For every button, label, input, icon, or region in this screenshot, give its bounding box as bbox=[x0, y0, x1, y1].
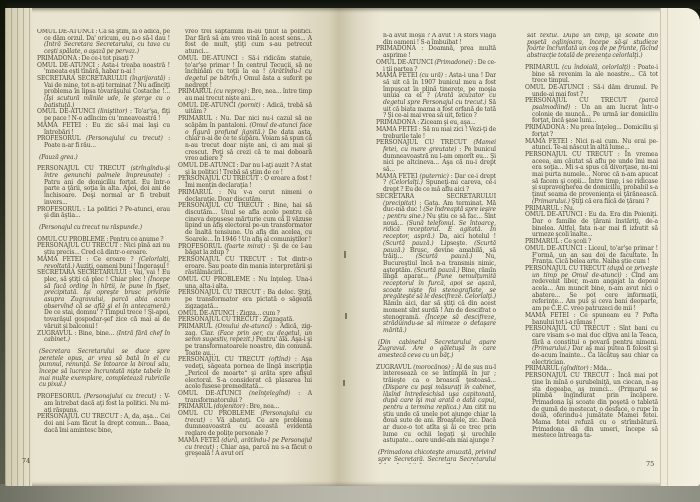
dialogue-paragraph: MAMA FETEI : Nici n-ai cum. Nu erai pe-a… bbox=[525, 139, 658, 152]
dialogue-paragraph: PERSONAJUL CU TRECUT : Încă mai pot ţine… bbox=[525, 373, 658, 440]
dialogue-paragraph: PERSONAJUL CU TRECUT : Bine, hai să disc… bbox=[178, 203, 312, 243]
dialogue-paragraph: PROFESORUL (Personajului cu trecut) : Po… bbox=[37, 136, 170, 149]
print-artifact bbox=[344, 251, 346, 258]
dialogue-paragraph: MAMA FETEI : Eu zic să-i mai laşi cu înt… bbox=[37, 123, 170, 136]
left-page-column-1: OMUL DE-ATUNCI : Ca să ştim, la o adică,… bbox=[37, 29, 170, 466]
stage-direction: (Secretara Secretarului se duce spre per… bbox=[37, 349, 170, 389]
open-book-spread: OMUL DE-ATUNCI : Ca să ştim, la o adică,… bbox=[5, 8, 700, 486]
dialogue-paragraph: PERSONAJUL CU TRECUT : Sînt bani cu care… bbox=[525, 326, 658, 366]
dialogue-paragraph: PERSONAJUL CU TRECUT (parcă psalmodiind)… bbox=[525, 98, 658, 125]
stage-direction: (Personajul cu trecut nu răspunde.) bbox=[37, 225, 170, 232]
dialogue-paragraph: PERSONAJUL CU TRECUT : Tot dintr-o eroar… bbox=[178, 257, 312, 277]
dialogue-paragraph: n-a avut moşii ? A avut ! A stors vlaga … bbox=[376, 33, 496, 46]
dialogue-paragraph: PERSONAJUL CU TRECUT (strîngîndu-şi într… bbox=[37, 166, 170, 206]
dialogue-paragraph: OMUL CU PROBLEME : Nu înţeleg. Una-i una… bbox=[178, 277, 312, 290]
right-page-column-2: sat textul. După un timp, îşi scoate din… bbox=[525, 33, 658, 464]
left-page-edge-stack bbox=[5, 8, 32, 486]
dialogue-paragraph: MAMA FETEI : Ce eroare ? (Celorlalţi, re… bbox=[37, 257, 170, 270]
dialogue-paragraph: PERSONAJUL CU TRECUT (oftînd) : Aşa vede… bbox=[178, 357, 312, 391]
dialogue-paragraph: OMUL DE-ATUNCI : Dar nu l-aţi auzit ? A … bbox=[178, 163, 312, 176]
dialogue-paragraph: OMUL DE-ATUNCI : Asta-i treaba noastră !… bbox=[37, 63, 170, 76]
dialogue-paragraph: MAMA FETEI (dură, arătîndu-l pe Personaj… bbox=[178, 438, 312, 458]
scanned-book-photo: OMUL DE-ATUNCI : Ca să ştim, la o adică,… bbox=[0, 0, 700, 502]
dialogue-paragraph: ZUGRAVUL : Bine, bine... (Intră fără che… bbox=[37, 331, 170, 344]
dialogue-paragraph: OMUL DE-ATUNCI : Liceul, to'ar'şe primar… bbox=[525, 246, 658, 266]
page-number-right: 75 bbox=[646, 460, 654, 468]
dialogue-paragraph: PERSONAJUL CU TRECUT (Mamei fetei, cu ma… bbox=[376, 140, 496, 174]
dialogue-paragraph: PRIMARUL : Nu. Dar nici nu-i cazul să ne… bbox=[178, 116, 312, 163]
print-artifact bbox=[343, 380, 345, 386]
dialogue-paragraph: PERSONAJUL CU TRECUT : Ba deloc. Ştiţi, … bbox=[178, 290, 312, 310]
print-artifact bbox=[345, 313, 347, 319]
right-page-column-1: n-a avut moşii ? A avut ! A stors vlaga … bbox=[376, 33, 496, 464]
dialogue-paragraph: MAMA FETEI (puternic) : Dar ce-i drept ?… bbox=[376, 174, 496, 194]
dialogue-paragraph: PRIMARUL (cu reproş) : Bre, nea... între… bbox=[178, 89, 312, 102]
dialogue-paragraph: ZUGRAVUL (morocănos) : Ăl de sus nu-l in… bbox=[376, 365, 496, 445]
dialogue-paragraph: PERSONAJUL CU TRECUT : Nici pînă azi nu … bbox=[37, 243, 170, 256]
dialogue-paragraph: OMUL DE-ATUNCI : Eu da. Era din Poieniţi… bbox=[525, 212, 658, 239]
dialogue-paragraph: PROFESORUL (Personajului cu trecut) : V-… bbox=[37, 394, 170, 414]
dialogue-paragraph: PERSONAJUL CU TRECUT : O eroare a fost !… bbox=[178, 176, 312, 189]
dialogue-paragraph: PRIMARUL : Nu v-a cerut nimeni o declara… bbox=[178, 190, 312, 203]
stage-direction: (Pauză grea.) bbox=[37, 155, 170, 162]
dialogue-paragraph: SECRETARA SECRETARULUI (precipitat) : Ga… bbox=[376, 194, 496, 335]
dialogue-paragraph: OMUL DE-ATUNCI : Să-i ridicăm statuie, t… bbox=[178, 56, 312, 90]
left-page-column-2: vreo trei săptămîni m-au ţinut la politi… bbox=[178, 29, 312, 466]
dialogue-paragraph: PRIMADONA : Doamnă, prea multă asprime ! bbox=[376, 46, 496, 59]
dialogue-paragraph: PERSONAJUL CU TRECUT : A, da, aşa... Cei… bbox=[37, 414, 170, 434]
stage-direction: sat textul. După un timp, îşi scoate din… bbox=[525, 33, 658, 60]
dialogue-paragraph: PRIMARUL (Omului de-atunci) : Adică, zig… bbox=[178, 324, 312, 358]
right-page-edge-stack bbox=[660, 8, 700, 486]
dialogue-paragraph: MAMA FETEI : Ce spuneam eu ? Pofta banul… bbox=[525, 313, 658, 326]
dialogue-paragraph: PROFESORUL : La politici ? Pe-atunci, er… bbox=[37, 207, 170, 220]
dialogue-paragraph: MAMA FETEI (cu ură) : Asta-i una ! Dar s… bbox=[376, 73, 496, 120]
dialogue-paragraph: SECRETARA SECRETARULUI : Vai, vai ! Eu p… bbox=[37, 270, 170, 330]
dialogue-paragraph: PERSONAJUL CU TRECUT (după ce priveşte u… bbox=[525, 266, 658, 313]
page-number-left: 74 bbox=[22, 457, 30, 465]
dialogue-paragraph: PROFESORUL (foarte mirat) : Şi de ce l-a… bbox=[178, 244, 312, 257]
stage-direction: (Primadona chicoteşte amuzată, privind s… bbox=[376, 450, 496, 464]
dialogue-paragraph: OMUL DE-ATUNCI (liniştitor) : To'ar'şa, … bbox=[37, 109, 170, 122]
dialogue-paragraph: OMUL DE-ATUNCI : Să-i dăm drumul. Pe und… bbox=[525, 85, 658, 98]
dialogue-paragraph: PRIMARUL (cu îndoială, celorlalţi) : Poa… bbox=[525, 65, 658, 85]
dialogue-paragraph: PRIMADONA : Nu prea înţeleg... Domiciliu… bbox=[525, 125, 658, 138]
dialogue-paragraph: OMUL DE-ATUNCI (Primadonei) : De ce-i ţi… bbox=[376, 60, 496, 73]
dialogue-paragraph: OMUL CU PROBLEME (Personajului cu trecut… bbox=[178, 411, 312, 438]
dialogue-paragraph: OMUL DE-ATUNCI : Ca să ştim, la o adică,… bbox=[37, 29, 170, 56]
dialogue-paragraph: OMUL DE-ATUNCI (pornit) : Adică, trebă s… bbox=[178, 103, 312, 116]
stage-direction: (Din cabinetul Secretarului apare Zugrav… bbox=[376, 340, 496, 360]
dialogue-paragraph: vreo trei săptămîni m-au ţinut la politi… bbox=[178, 29, 312, 56]
dialogue-paragraph: SECRETARA SECRETARULUI (îngrijorată) : V… bbox=[37, 76, 170, 110]
dialogue-paragraph: OMUL DE-ATUNCI (neînţelegînd) : A transf… bbox=[178, 391, 312, 404]
dialogue-paragraph: MAMA FETEI : Să nu mai zici ! Vezi-ţi de… bbox=[376, 127, 496, 140]
photo-background-bottom bbox=[0, 484, 700, 502]
dialogue-paragraph: PERSONAJUL CU TRECUT : În vremea aceea, … bbox=[525, 152, 658, 206]
